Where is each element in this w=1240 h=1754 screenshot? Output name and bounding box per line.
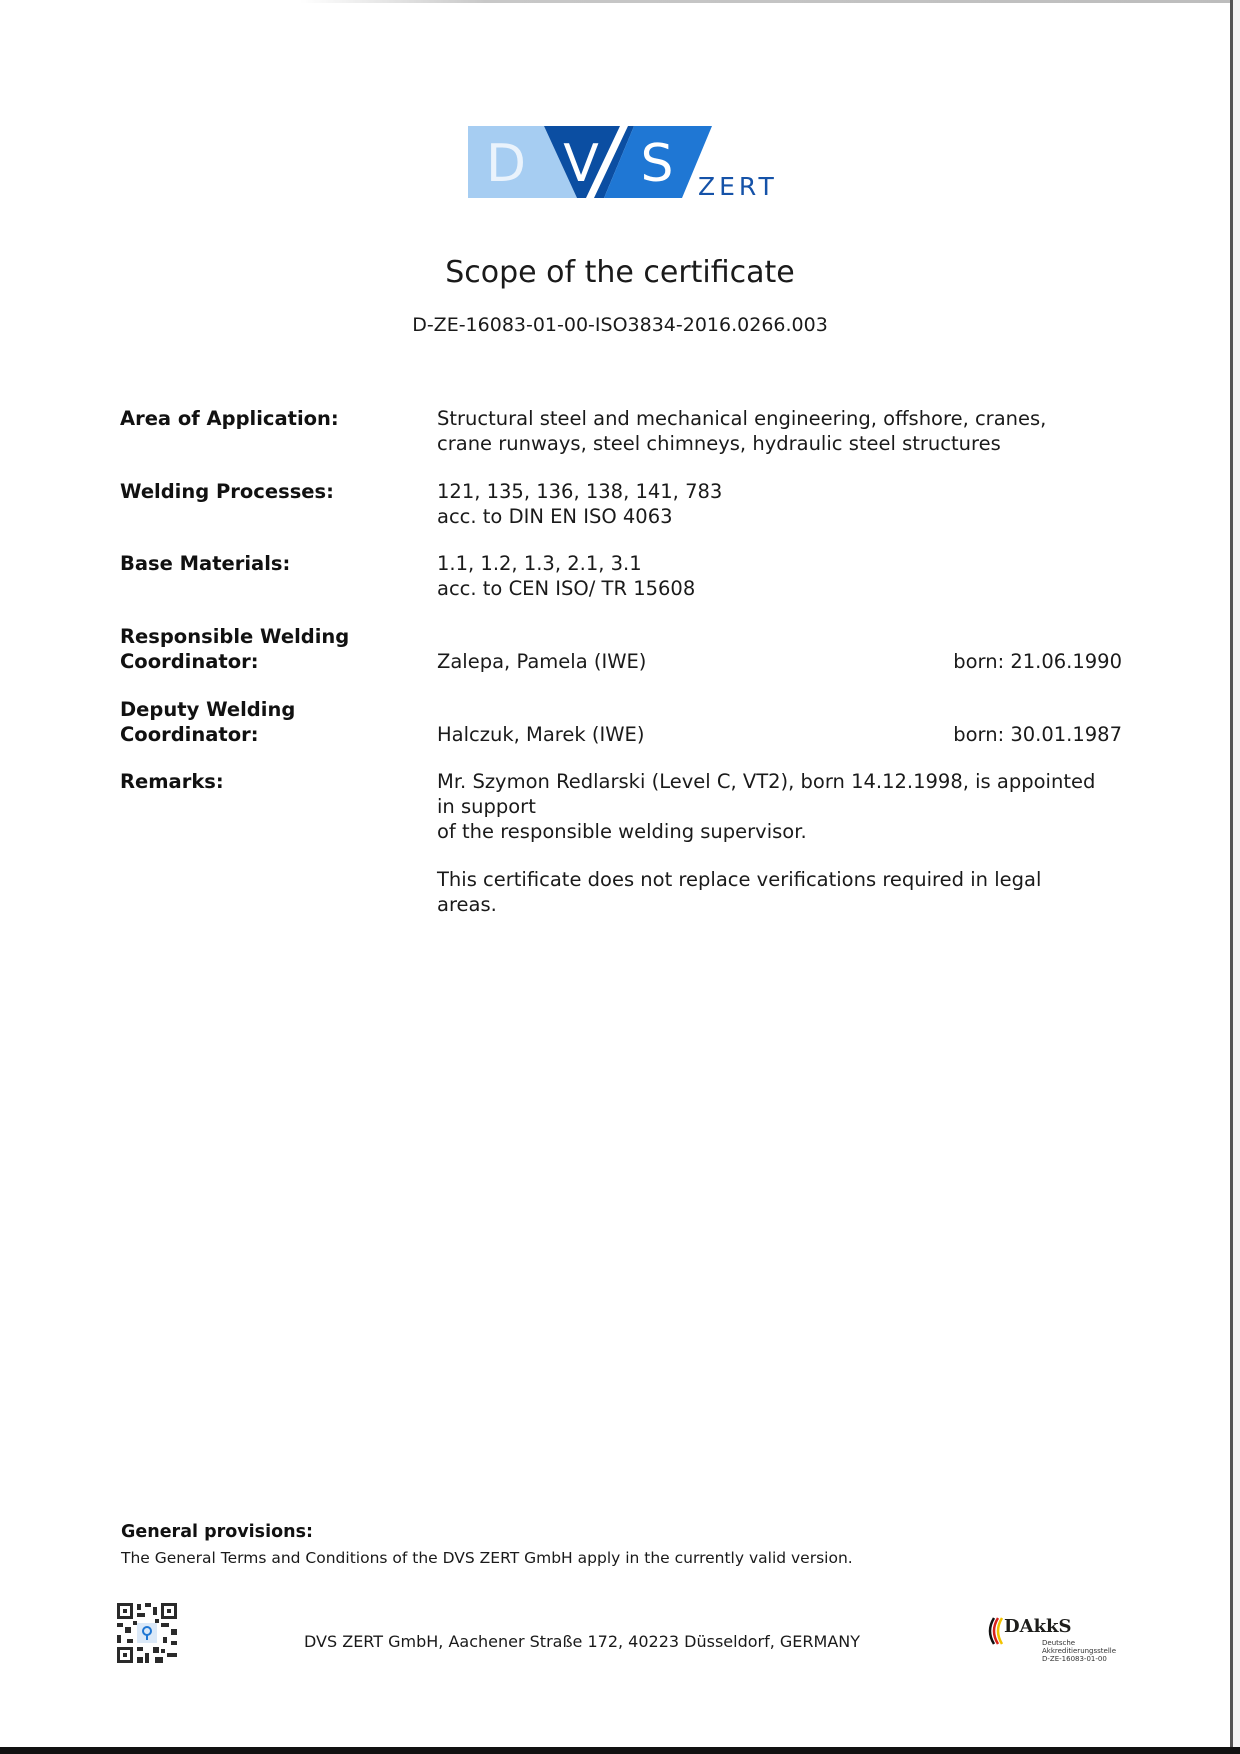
responsible-coordinator-label-2: Coordinator: [120,649,259,674]
deputy-coordinator-label-2: Coordinator: [120,722,259,747]
welding-processes-label: Welding Processes: [120,479,334,504]
remarks-line-3: of the responsible welding supervisor. [437,819,807,844]
dakks-accreditation-logo: DAkkS Deutsche Akkreditierungsstelle D-Z… [980,1612,1130,1672]
remarks-note-line-2: areas. [437,892,497,917]
page-title: Scope of the certificate [0,255,1240,290]
company-address: DVS ZERT GmbH, Aachener Straße 172, 4022… [304,1632,860,1651]
dvs-zert-logo: D V S ZERT [468,126,798,198]
dakks-line-2: Akkreditierungsstelle [1042,1647,1116,1655]
dakks-line-1: Deutsche [1042,1639,1075,1647]
svg-text:V: V [563,134,599,194]
remarks-line-2: in support [437,794,536,819]
dakks-line-3: D-ZE-16083-01-00 [1042,1655,1107,1663]
deputy-coordinator-born: born: 30.01.1987 [953,722,1122,747]
area-of-application-line-2: crane runways, steel chimneys, hydraulic… [437,431,1001,456]
qr-code-icon [115,1601,179,1665]
base-materials-label: Base Materials: [120,551,290,576]
dakks-name: DAkkS [1004,1616,1072,1637]
certificate-number: D-ZE-16083-01-00-ISO3834-2016.0266.003 [0,314,1240,336]
area-of-application-label: Area of Application: [120,406,339,431]
general-provisions-title: General provisions: [121,1522,313,1542]
remarks-line-1: Mr. Szymon Redlarski (Level C, VT2), bor… [437,769,1095,794]
base-materials-line-1: 1.1, 1.2, 1.3, 2.1, 3.1 [437,551,642,576]
welding-processes-line-2: acc. to DIN EN ISO 4063 [437,504,673,529]
page-edge-bottom [0,1747,1240,1754]
base-materials-line-2: acc. to CEN ISO/ TR 15608 [437,576,695,601]
dvs-logo-icon: D V S ZERT [468,126,798,198]
responsible-coordinator-name: Zalepa, Pamela (IWE) [437,649,646,674]
deputy-coordinator-name: Halczuk, Marek (IWE) [437,722,644,747]
svg-text:D: D [486,134,526,194]
page-edge-top [300,0,1230,3]
deputy-coordinator-label-1: Deputy Welding [120,697,295,722]
remarks-note-line-1: This certificate does not replace verifi… [437,867,1041,892]
svg-text:S: S [640,134,673,194]
responsible-coordinator-label-1: Responsible Welding [120,624,349,649]
responsible-coordinator-born: born: 21.06.1990 [953,649,1122,674]
area-of-application-line-1: Structural steel and mechanical engineer… [437,406,1046,431]
remarks-label: Remarks: [120,769,224,794]
svg-text:ZERT: ZERT [698,172,778,198]
general-provisions-text: The General Terms and Conditions of the … [121,1549,853,1567]
welding-processes-line-1: 121, 135, 136, 138, 141, 783 [437,479,722,504]
